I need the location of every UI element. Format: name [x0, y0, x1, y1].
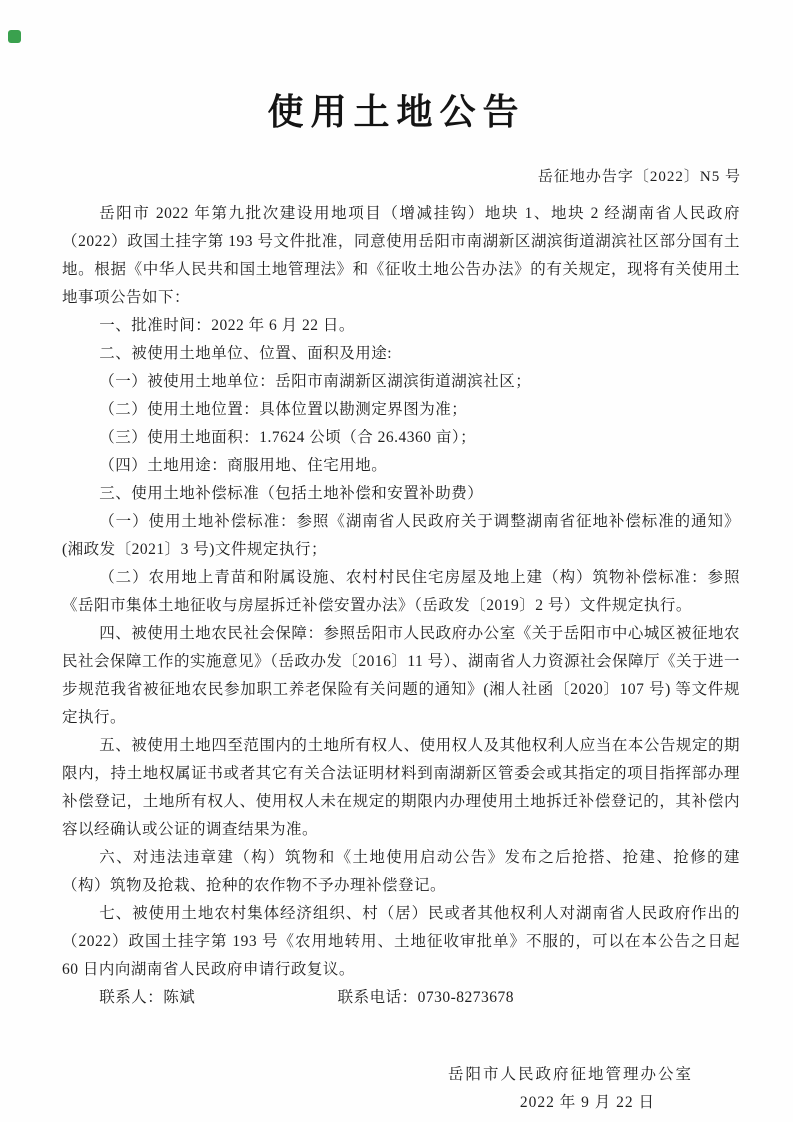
paragraph-item-4: 四、被使用土地农民社会保障：参照岳阳市人民政府办公室《关于岳阳市中心城区被征地农… [62, 620, 740, 732]
paragraph-item-3-2: （二）农用地上青苗和附属设施、农村村民住宅房屋及地上建（构）筑物补偿标准：参照《… [62, 564, 740, 620]
paragraph-item-3: 三、使用土地补偿标准（包括土地补偿和安置补助费） [62, 480, 740, 508]
signature-organization: 岳阳市人民政府征地管理办公室 [0, 1062, 793, 1084]
contact-line: 联系人：陈斌 联系电话：0730-8273678 [62, 984, 740, 1012]
contact-person: 联系人：陈斌 [99, 989, 195, 1006]
paragraph-intro: 岳阳市 2022 年第九批次建设用地项目（增减挂钩）地块 1、地块 2 经湖南省… [62, 200, 740, 312]
paragraph-item-7: 七、被使用土地农村集体经济组织、村（居）民或者其他权利人对湖南省人民政府作出的（… [62, 900, 740, 984]
paragraph-item-2-4: （四）土地用途：商服用地、住宅用地。 [62, 452, 740, 480]
paragraph-item-2: 二、被使用土地单位、位置、面积及用途: [62, 340, 740, 368]
document-body: 岳阳市 2022 年第九批次建设用地项目（增减挂钩）地块 1、地块 2 经湖南省… [0, 200, 793, 1012]
paragraph-item-5: 五、被使用土地四至范围内的土地所有权人、使用权人及其他权利人应当在本公告规定的期… [62, 732, 740, 844]
paragraph-item-3-1: （一）使用土地补偿标准：参照《湖南省人民政府关于调整湖南省征地补偿标准的通知》(… [62, 508, 740, 564]
paragraph-item-2-2: （二）使用土地位置：具体位置以勘测定界图为准； [62, 396, 740, 424]
contact-phone: 联系电话：0730-8273678 [338, 989, 514, 1006]
paragraph-item-1: 一、批准时间：2022 年 6 月 22 日。 [62, 312, 740, 340]
paragraph-item-2-1: （一）被使用土地单位：岳阳市南湖新区湖滨街道湖滨社区； [62, 368, 740, 396]
document-title: 使用土地公告 [0, 0, 793, 135]
scanned-announcement-page: 使用土地公告 岳征地办告字〔2022〕N5 号 岳阳市 2022 年第九批次建设… [0, 0, 793, 1122]
paragraph-item-2-3: （三）使用土地面积：1.7624 公顷（合 26.4360 亩）； [62, 424, 740, 452]
document-number: 岳征地办告字〔2022〕N5 号 [0, 165, 793, 186]
signature-date: 2022 年 9 月 22 日 [0, 1090, 793, 1112]
green-corner-mark [8, 30, 21, 43]
paragraph-item-6: 六、对违法违章建（构）筑物和《土地使用启动公告》发布之后抢搭、抢建、抢修的建（构… [62, 844, 740, 900]
